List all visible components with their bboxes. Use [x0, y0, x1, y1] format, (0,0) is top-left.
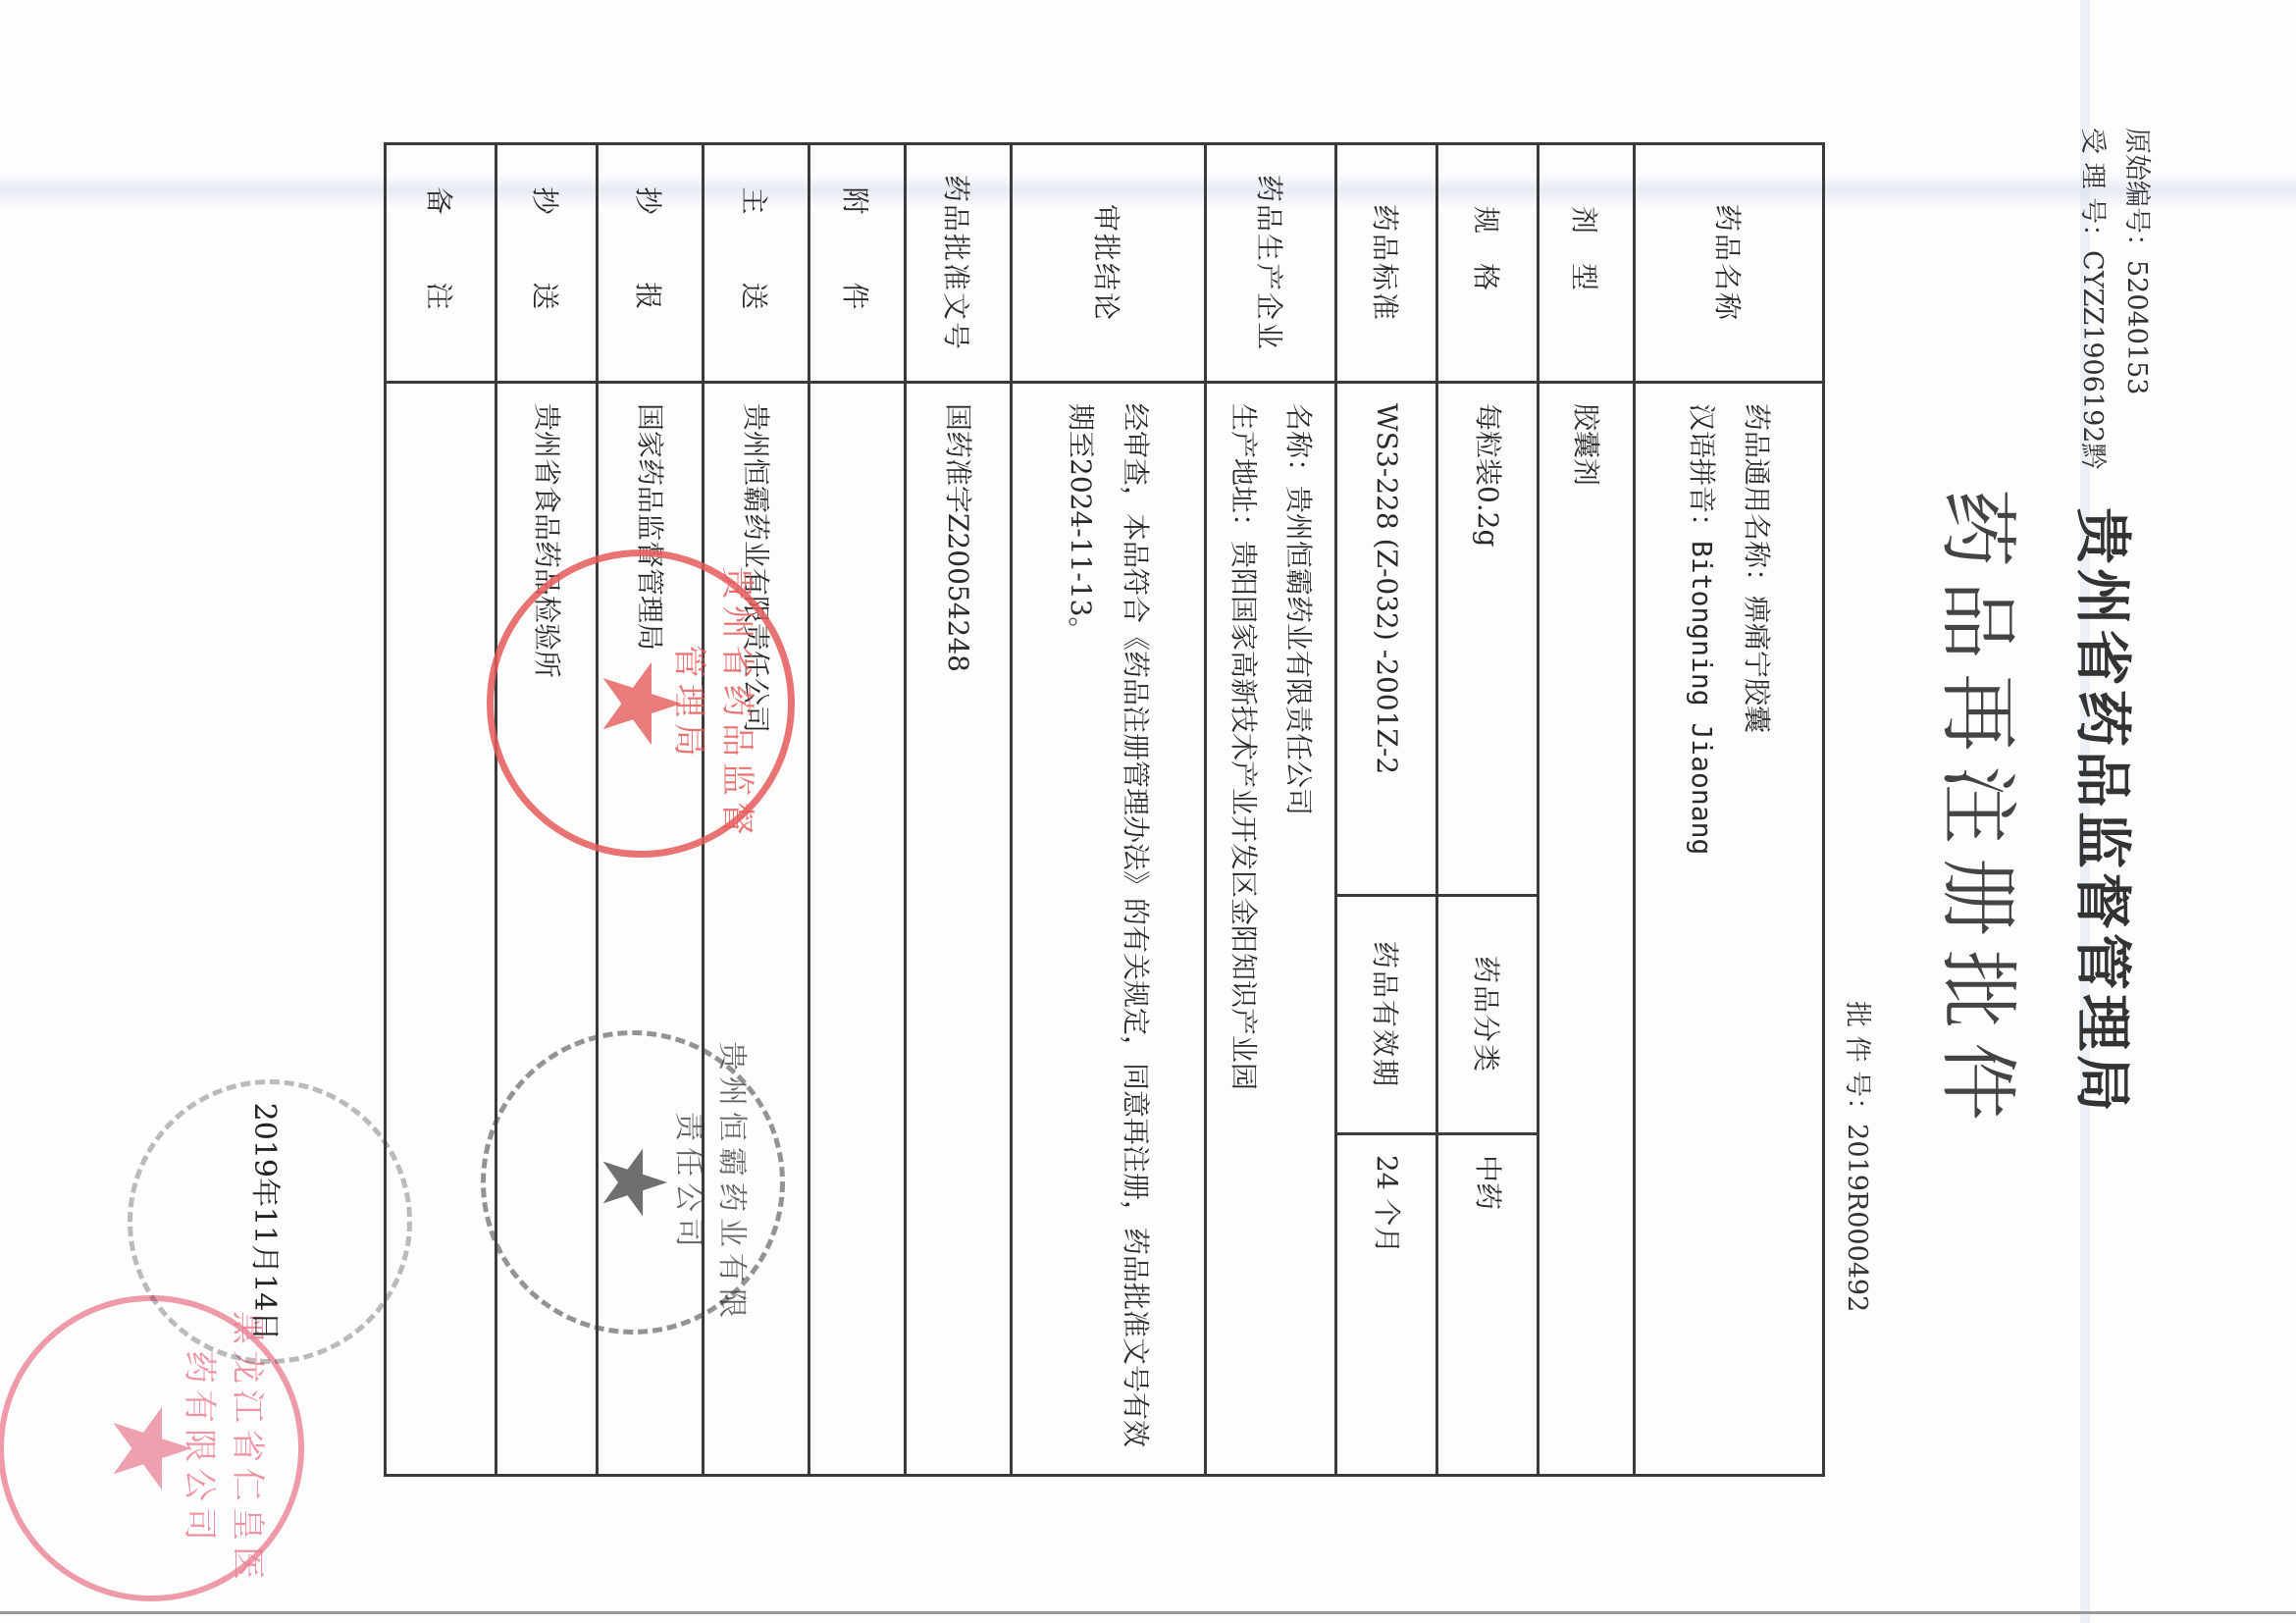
label-drug-name: 药品名称: [1635, 144, 1824, 383]
value-dosage-form: 胶囊剂: [1539, 383, 1635, 1476]
value-attachment: [809, 383, 906, 1476]
value-manufacturer: 名称：贵州恒霸药业有限责任公司 生产地址：贵阳国家高新技术产业开发区金阳知识产业…: [1206, 383, 1336, 1476]
value-spec: 每粒装0.2g: [1437, 383, 1539, 896]
label-approval-number: 药品批准文号: [906, 144, 1012, 383]
label-copy-to: 抄 送: [496, 144, 598, 383]
value-drug-name: 药品通用名称：痹痛宁胶囊 汉语拼音：Bitongning Jiaonang: [1635, 383, 1824, 1476]
table-row-remarks: 备 注: [386, 144, 496, 1476]
table-row-spec: 规格 每粒装0.2g 药品分类 中药: [1437, 144, 1539, 1476]
approval-number: 批 件 号：2019R000492: [1841, 1001, 1879, 1312]
table-row-manufacturer: 药品生产企业 名称：贵州恒霸药业有限责任公司 生产地址：贵阳国家高新技术产业开发…: [1206, 144, 1336, 1476]
label-manufacturer: 药品生产企业: [1206, 144, 1336, 383]
document-title: 药品再注册批件: [1928, 0, 2041, 1623]
value-remarks: [386, 383, 496, 1476]
star-icon: ★: [589, 1143, 677, 1223]
table-row-dosage-form: 剂型 胶囊剂: [1539, 144, 1635, 1476]
table-row-conclusion: 审批结论 经审查，本品符合《药品注册管理办法》的有关规定，同意再注册，药品批准文…: [1012, 144, 1206, 1476]
value-approval-number: 国药准字Z20054248: [906, 383, 1012, 1476]
label-remarks: 备 注: [386, 144, 496, 383]
table-row-standard: 药品标准 WS3-228 (Z-032) -2001Z-2 药品有效期 24 个…: [1336, 144, 1437, 1476]
company-seal: 贵州恒霸药业有限责任公司 ★: [481, 1030, 785, 1335]
star-icon: ★: [97, 1400, 205, 1497]
label-attachment: 附 件: [809, 144, 906, 383]
issuer-seal: 贵州省药品监督管理局 ★: [487, 550, 795, 858]
label-report-to: 抄 报: [598, 144, 704, 383]
table-row-attachment: 附 件: [809, 144, 906, 1476]
value-conclusion: 经审查，本品符合《药品注册管理办法》的有关规定，同意再注册，药品批准文号有效期至…: [1012, 383, 1206, 1476]
value-validity: 24 个月: [1336, 1134, 1437, 1476]
label-dosage-form: 剂型: [1539, 144, 1635, 383]
star-icon: ★: [587, 655, 695, 753]
label-spec: 规格: [1437, 144, 1539, 383]
date-seal: 2019年11月14日: [128, 1079, 412, 1364]
table-row-drug-name: 药品名称 药品通用名称：痹痛宁胶囊 汉语拼音：Bitongning Jiaona…: [1635, 144, 1824, 1476]
label-main-recipient: 主 送: [704, 144, 809, 383]
value-category: 中药: [1437, 1134, 1539, 1476]
label-validity: 药品有效期: [1336, 896, 1437, 1134]
label-category: 药品分类: [1437, 896, 1539, 1134]
table-row-approval-number: 药品批准文号 国药准字Z20054248: [906, 144, 1012, 1476]
label-standard: 药品标准: [1336, 144, 1437, 383]
issuing-agency: 贵州省药品监督管理局: [2066, 0, 2149, 1623]
label-conclusion: 审批结论: [1012, 144, 1206, 383]
value-standard: WS3-228 (Z-032) -2001Z-2: [1336, 383, 1437, 896]
document-page: 原始编号：52040153 受 理 号：CYZZ1906192黔 贵州省药品监督…: [0, 0, 2296, 1623]
